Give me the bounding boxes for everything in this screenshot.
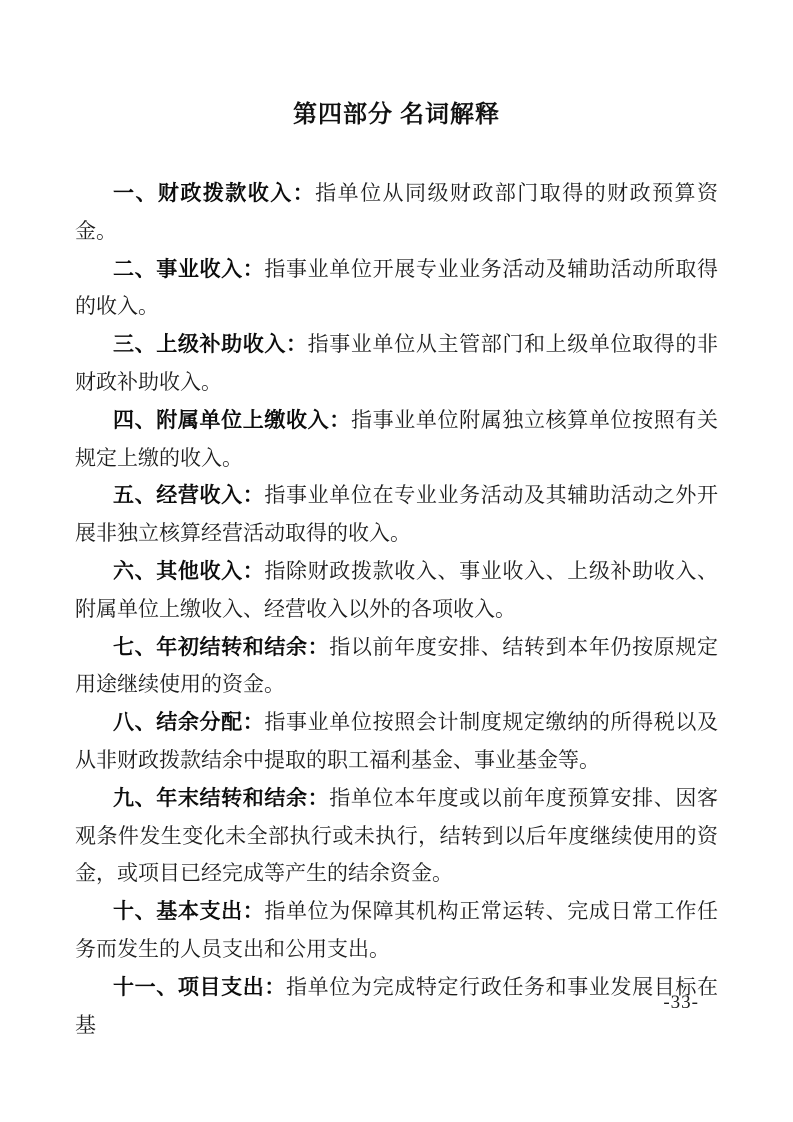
- document-page: 第四部分 名词解释 一、财政拨款收入：指单位从同级财政部门取得的财政预算资金。 …: [0, 0, 793, 1122]
- term-label: 七、年初结转和结余：: [113, 635, 329, 659]
- term-label: 十一、项目支出：: [113, 975, 286, 999]
- term-label: 八、结余分配：: [113, 710, 264, 734]
- term-paragraph: 七、年初结转和结余：指以前年度安排、结转到本年仍按原规定用途继续使用的资金。: [75, 629, 718, 705]
- term-label: 五、经营收入：: [113, 483, 264, 507]
- term-paragraph: 三、上级补助收入：指事业单位从主管部门和上级单位取得的非财政补助收入。: [75, 326, 718, 402]
- term-label: 九、年末结转和结余：: [113, 786, 329, 810]
- term-paragraph: 一、财政拨款收入：指单位从同级财政部门取得的财政预算资金。: [75, 175, 718, 251]
- term-label: 六、其他收入：: [113, 559, 264, 583]
- term-paragraph: 八、结余分配：指事业单位按照会计制度规定缴纳的所得税以及从非财政拨款结余中提取的…: [75, 704, 718, 780]
- page-number: -33-: [663, 992, 699, 1014]
- term-label: 一、财政拨款收入：: [113, 181, 315, 205]
- term-label: 四、附属单位上缴收入：: [113, 408, 351, 432]
- term-label: 二、事业收入：: [113, 257, 264, 281]
- page-title: 第四部分 名词解释: [75, 0, 718, 129]
- term-paragraph: 四、附属单位上缴收入：指事业单位附属独立核算单位按照有关规定上缴的收入。: [75, 402, 718, 478]
- term-paragraph: 六、其他收入：指除财政拨款收入、事业收入、上级补助收入、附属单位上缴收入、经营收…: [75, 553, 718, 629]
- term-paragraph: 五、经营收入：指事业单位在专业业务活动及其辅助活动之外开展非独立核算经营活动取得…: [75, 477, 718, 553]
- term-paragraph: 十一、项目支出：指单位为完成特定行政任务和事业发展目标在基: [75, 969, 718, 1045]
- term-paragraph: 九、年末结转和结余：指单位本年度或以前年度预算安排、因客观条件发生变化未全部执行…: [75, 780, 718, 893]
- terms-list: 一、财政拨款收入：指单位从同级财政部门取得的财政预算资金。 二、事业收入：指事业…: [75, 175, 718, 1044]
- term-label: 十、基本支出：: [113, 899, 264, 923]
- term-paragraph: 十、基本支出：指单位为保障其机构正常运转、完成日常工作任务而发生的人员支出和公用…: [75, 893, 718, 969]
- term-paragraph: 二、事业收入：指事业单位开展专业业务活动及辅助活动所取得的收入。: [75, 251, 718, 327]
- term-label: 三、上级补助收入：: [113, 332, 308, 356]
